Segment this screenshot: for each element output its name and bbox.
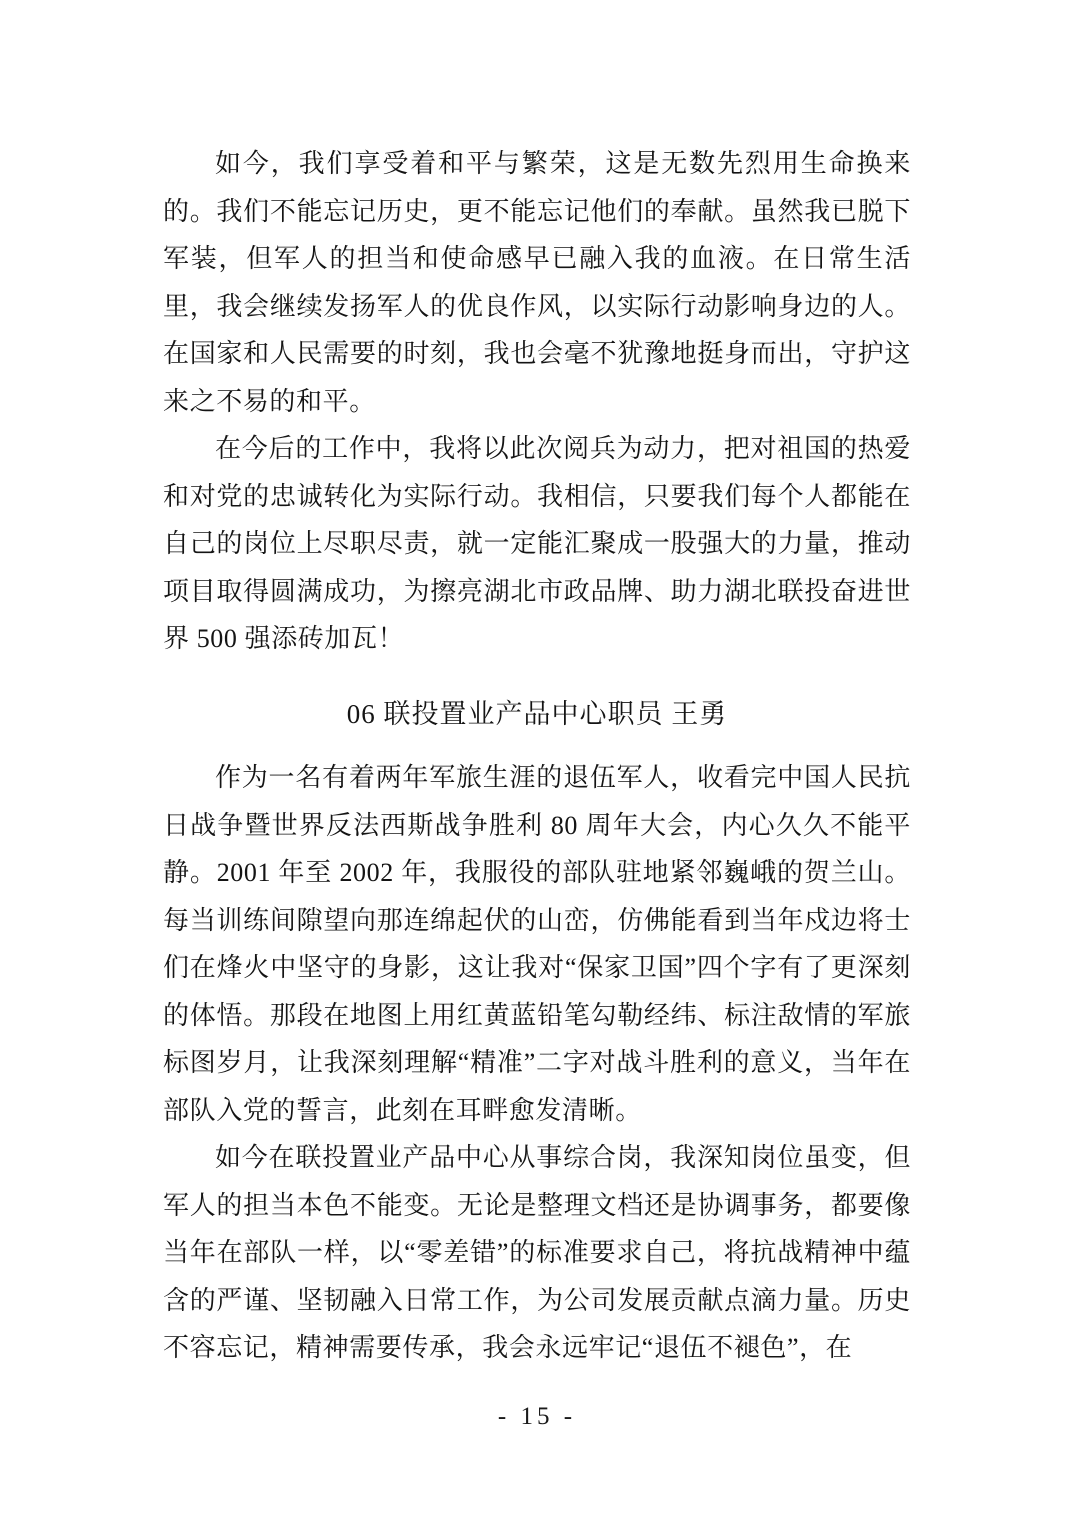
paragraph-current-post: 如今在联投置业产品中心从事综合岗，我深知岗位虽变，但军人的担当本色不能变。无论是… [163,1134,911,1372]
section-heading-author: 06 联投置业产品中心职员 王勇 [163,691,911,739]
document-body: 如今，我们享受着和平与繁荣，这是无数先烈用生命换来的。我们不能忘记历史，更不能忘… [163,140,911,1372]
page-number: - 15 - [0,1402,1074,1432]
paragraph-peace-legacy: 如今，我们享受着和平与繁荣，这是无数先烈用生命换来的。我们不能忘记历史，更不能忘… [163,140,911,425]
paragraph-future-work: 在今后的工作中，我将以此次阅兵为动力，把对祖国的热爱和对党的忠诚转化为实际行动。… [163,425,911,663]
document-page: 如今，我们享受着和平与繁荣，这是无数先烈用生命换来的。我们不能忘记历史，更不能忘… [0,0,1074,1520]
paragraph-veteran-memory: 作为一名有着两年军旅生涯的退伍军人，收看完中国人民抗日战争暨世界反法西斯战争胜利… [163,754,911,1134]
